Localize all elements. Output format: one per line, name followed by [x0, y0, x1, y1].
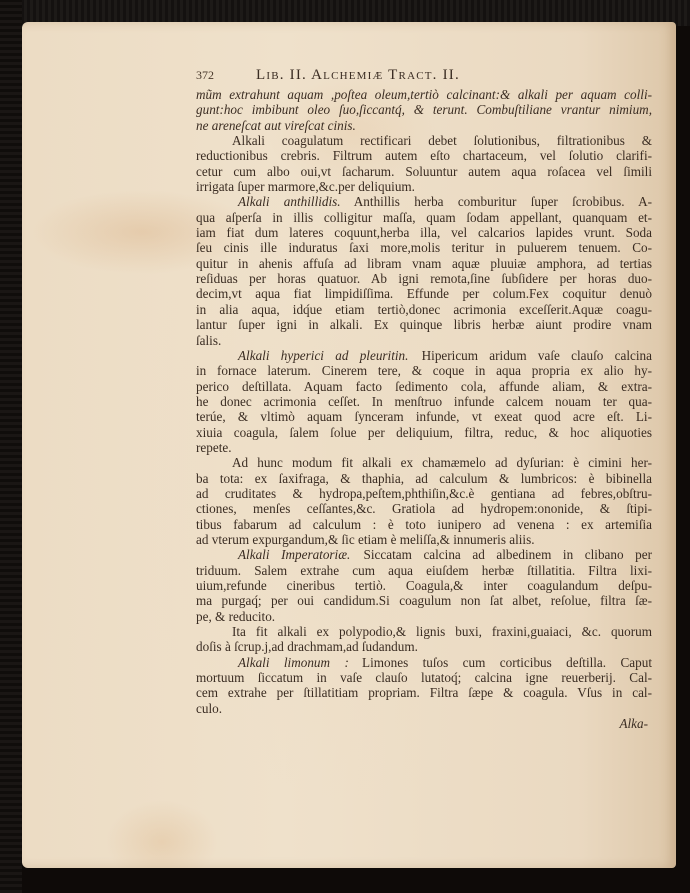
- line-text: lantur ſuper igni in alkali. Ex quinque …: [196, 317, 652, 332]
- text-line: iam fiat dum lateres coquunt,herba illa,…: [196, 225, 652, 240]
- catchword: Alka-: [196, 716, 652, 731]
- text-line: decim,vt aqua fiat limpidiſſima. Effunde…: [196, 286, 652, 301]
- text-line: mortuum ſiccatum in vaſe clauſo lutatoq́…: [196, 670, 652, 685]
- line-text: mortuum ſiccatum in vaſe clauſo lutatoq́…: [196, 670, 652, 685]
- section-heading: Alkali hyperici ad pleuritin.: [238, 348, 408, 363]
- section-heading: Alkali limonum :: [238, 655, 349, 670]
- line-text: ma purgaq́; per oui candidum.Si coagulum…: [196, 593, 652, 608]
- text-line: cem extrahe per ſtillatitiam propriam. F…: [196, 685, 652, 700]
- text-line: ſeu cinis ille induratus ſaxi more,molis…: [196, 240, 652, 255]
- line-text: cem extrahe per ſtillatitiam propriam. F…: [196, 685, 652, 700]
- line-text: decim,vt aqua fiat limpidiſſima. Effunde…: [196, 286, 652, 301]
- line-text: quitur in ahenis affuſa ad libram vnam a…: [196, 256, 652, 271]
- line-text: Hipericum aridum vaſe clauſo calcina: [422, 348, 652, 363]
- text-line: in alia aqua, idq́ue etiam tertiò,donec …: [196, 302, 652, 317]
- line-text: iam fiat dum lateres coquunt,herba illa,…: [196, 225, 652, 240]
- line-text: reſiduas per horas quatuor. Ab igni remo…: [196, 271, 652, 286]
- text-line: pe, & reducito.: [196, 609, 652, 624]
- text-line: ba tota: ex ſaxifraga, & thaphia, ad cal…: [196, 471, 652, 486]
- text-line: quitur in ahenis affuſa ad libram vnam a…: [196, 256, 652, 271]
- body-lines: mũm extrahunt aquam ,poſtea oleum,tertiò…: [196, 87, 652, 716]
- line-text: Ad hunc modum fit alkali ex chamæmelo ad…: [232, 455, 652, 470]
- text-line: ſalis.: [196, 333, 652, 348]
- text-line: gunt:hoc imbibunt oleo ſuo,ſiccantq́, & …: [196, 102, 652, 117]
- line-text: terúe, & vltimò aquam ſynceram infunde, …: [196, 409, 652, 424]
- section-start-line: Alkali Imperatoriæ. Siccatam calcina ad …: [196, 547, 652, 562]
- text-line: lantur ſuper igni in alkali. Ex quinque …: [196, 317, 652, 332]
- line-text: cetur cum albo oui,vt ſacharum. Soluuntu…: [196, 164, 652, 179]
- text-line: ne areneſcat aut vireſcat cinis.: [196, 118, 652, 133]
- text-line: reſiduas per horas quatuor. Ab igni remo…: [196, 271, 652, 286]
- text-line: ad vterum expurgandum,& ſic etiam è meli…: [196, 532, 652, 547]
- line-text: irrigata ſuper marmore,&c.per deliquium.: [196, 179, 415, 194]
- section-start-line: Alkali anthillidis. Anthillis herba comb…: [196, 194, 652, 209]
- line-text: perico deſtillata. Aquam facto ſedimento…: [196, 379, 652, 394]
- line-text: in alia aqua, idq́ue etiam tertiò,donec …: [196, 302, 652, 317]
- section-start-line: Alkali hyperici ad pleuritin. Hipericum …: [196, 348, 652, 363]
- line-text: ad vterum expurgandum,& ſic etiam è meli…: [196, 532, 535, 547]
- line-text: pe, & reducito.: [196, 609, 275, 624]
- line-text: uium,refunde cineribus tertiò. Coagula,&…: [196, 578, 652, 593]
- text-line: perico deſtillata. Aquam facto ſedimento…: [196, 379, 652, 394]
- line-text: qua aſperſa in illis colligitur maſſa, q…: [196, 210, 652, 225]
- text-line: Ad hunc modum fit alkali ex chamæmelo ad…: [196, 455, 652, 470]
- page-header: 372 Lib. II. Alchemiæ Tract. II.: [196, 68, 652, 86]
- line-text: ba tota: ex ſaxifraga, & thaphia, ad cal…: [196, 471, 652, 486]
- line-text: ctiones, menſes ceſſantes,&c. Gratiola a…: [196, 501, 652, 516]
- section-start-line: Alkali limonum : Limones tuſos cum corti…: [196, 655, 652, 670]
- line-text: he donec acrimonia ceſſet. In menſtruo i…: [196, 394, 652, 409]
- text-line: doſis à ſcrup.j,ad drachmam,ad ſudandum.: [196, 639, 652, 654]
- text-line: ctiones, menſes ceſſantes,&c. Gratiola a…: [196, 501, 652, 516]
- text-line: repete.: [196, 440, 652, 455]
- line-text: repete.: [196, 440, 232, 455]
- text-line: mũm extrahunt aquam ,poſtea oleum,tertiò…: [196, 87, 652, 102]
- text-line: Alkali coagulatum rectificari debet ſolu…: [196, 133, 652, 148]
- text-line: Ita fit alkali ex polypodio,& lignis bux…: [196, 624, 652, 639]
- section-heading: Alkali Imperatoriæ.: [238, 547, 350, 562]
- line-text: Siccatam calcina ad albedinem in clibano…: [364, 547, 653, 562]
- line-text: ſeu cinis ille induratus ſaxi more,molis…: [196, 240, 652, 255]
- text-line: in fornace laterum. Cinerem tere, & coqu…: [196, 363, 652, 378]
- line-text: ſalis.: [196, 333, 221, 348]
- scanner-bed-left: [0, 0, 22, 893]
- line-text: in fornace laterum. Cinerem tere, & coqu…: [196, 363, 652, 378]
- page-text-block: 372 Lib. II. Alchemiæ Tract. II. mũm ext…: [196, 68, 652, 731]
- text-line: cetur cum albo oui,vt ſacharum. Soluuntu…: [196, 164, 652, 179]
- line-text: culo.: [196, 701, 222, 716]
- line-text: Limones tuſos cum corticibus deſtilla. C…: [362, 655, 652, 670]
- line-text: tibus fabarum ad calculum : è toto iunip…: [196, 517, 652, 532]
- page-number: 372: [196, 68, 236, 83]
- line-text: Anthillis herba comburitur ſuper ſcrobib…: [354, 194, 652, 209]
- line-text: triduum. Salem extrahe cum aqua eiuſdem …: [196, 563, 652, 578]
- text-line: qua aſperſa in illis colligitur maſſa, q…: [196, 210, 652, 225]
- text-line: ma purgaq́; per oui candidum.Si coagulum…: [196, 593, 652, 608]
- text-line: tibus fabarum ad calculum : è toto iunip…: [196, 517, 652, 532]
- line-text: reductionibus crebris. Filtrum autem eſt…: [196, 148, 652, 163]
- line-text: xiuia coagula, ſalem ſolue per deliquium…: [196, 425, 652, 440]
- line-text: doſis à ſcrup.j,ad drachmam,ad ſudandum.: [196, 639, 418, 654]
- line-text: ne areneſcat aut vireſcat cinis.: [196, 118, 356, 133]
- text-line: he donec acrimonia ceſſet. In menſtruo i…: [196, 394, 652, 409]
- text-line: uium,refunde cineribus tertiò. Coagula,&…: [196, 578, 652, 593]
- section-heading: Alkali anthillidis.: [238, 194, 341, 209]
- text-line: irrigata ſuper marmore,&c.per deliquium.: [196, 179, 652, 194]
- running-head: Lib. II. Alchemiæ Tract. II.: [256, 68, 460, 83]
- line-text: Alkali coagulatum rectificari debet ſolu…: [232, 133, 652, 148]
- text-line: terúe, & vltimò aquam ſynceram infunde, …: [196, 409, 652, 424]
- line-text: ad cruditates & hydropa,peſtem,phthiſin,…: [196, 486, 652, 501]
- text-line: culo.: [196, 701, 652, 716]
- text-line: triduum. Salem extrahe cum aqua eiuſdem …: [196, 563, 652, 578]
- text-line: ad cruditates & hydropa,peſtem,phthiſin,…: [196, 486, 652, 501]
- text-line: xiuia coagula, ſalem ſolue per deliquium…: [196, 425, 652, 440]
- line-text: Ita fit alkali ex polypodio,& lignis bux…: [232, 624, 652, 639]
- text-line: reductionibus crebris. Filtrum autem eſt…: [196, 148, 652, 163]
- line-text: gunt:hoc imbibunt oleo ſuo,ſiccantq́, & …: [196, 102, 652, 117]
- line-text: mũm extrahunt aquam ,poſtea oleum,tertiò…: [196, 87, 652, 102]
